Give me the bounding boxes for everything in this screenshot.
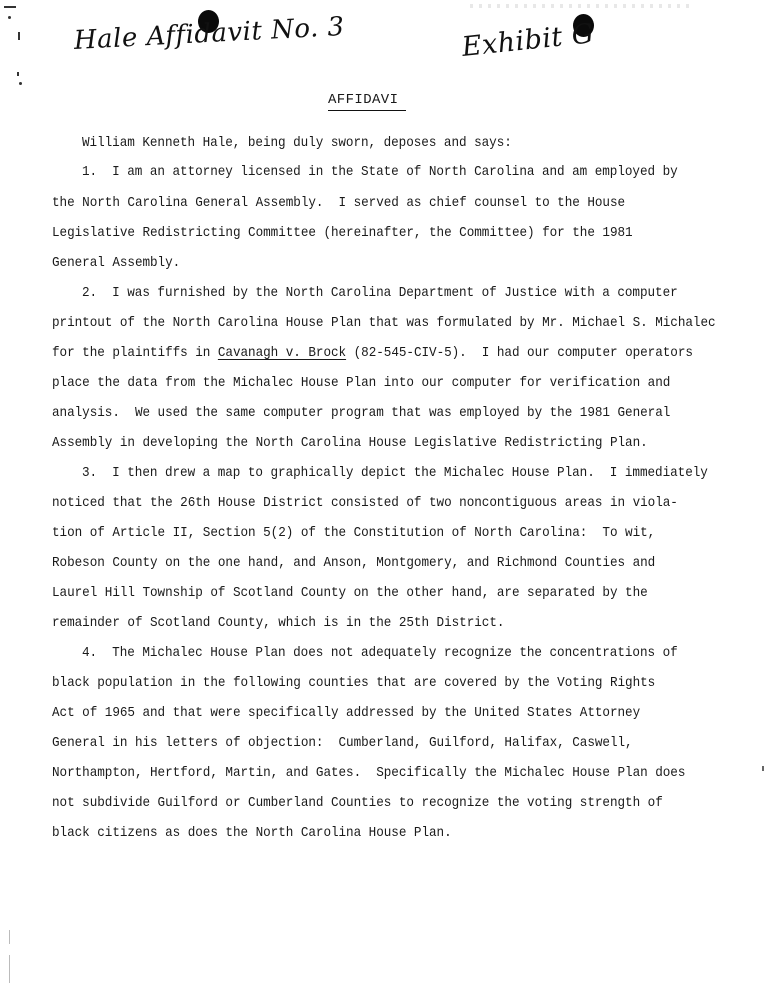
paragraph-number: 4.: [82, 646, 97, 661]
paragraph-1-line: Legislative Redistricting Committee (her…: [52, 226, 633, 241]
document-page: Hale Affidavit No. 3 Exhibit G AFFIDAVI …: [0, 0, 768, 988]
paragraph-text: for the plaintiffs in: [52, 346, 218, 361]
paragraph-2-line: for the plaintiffs in Cavanagh v. Brock …: [52, 346, 693, 361]
paragraph-number: 1.: [82, 165, 97, 180]
paragraph-text: I was furnished by the North Carolina De…: [112, 286, 678, 301]
margin-mark: [4, 6, 16, 8]
intro-line: William Kenneth Hale, being duly sworn, …: [82, 136, 512, 151]
scan-artifact: [470, 4, 690, 8]
paragraph-4-line: Northampton, Hertford, Martin, and Gates…: [52, 766, 685, 781]
handwritten-label-exhibit: Exhibit G: [460, 18, 595, 63]
paragraph-4-line: Act of 1965 and that were specifically a…: [52, 706, 640, 721]
paragraph-3-line: Laurel Hill Township of Scotland County …: [52, 586, 648, 601]
paragraph-number: 2.: [82, 286, 97, 301]
paragraph-text: I then drew a map to graphically depict …: [112, 466, 708, 481]
paragraph-text: The Michalec House Plan does not adequat…: [112, 646, 678, 661]
paragraph-3-line: Robeson County on the one hand, and Anso…: [52, 556, 655, 571]
paragraph-text: I am an attorney licensed in the State o…: [112, 165, 678, 180]
paragraph-2-line: printout of the North Carolina House Pla…: [52, 316, 716, 331]
document-title: AFFIDAVI: [328, 92, 406, 111]
paragraph-2-line: Assembly in developing the North Carolin…: [52, 436, 648, 451]
margin-mark: [8, 16, 11, 19]
paragraph-3-line: noticed that the 26th House District con…: [52, 496, 678, 511]
paragraph-number: 3.: [82, 466, 97, 481]
paragraph-1-first-line: 1. I am an attorney licensed in the Stat…: [82, 165, 678, 180]
paragraph-3-line: remainder of Scotland County, which is i…: [52, 616, 504, 631]
margin-mark: [9, 955, 10, 983]
paragraph-4-line: black population in the following counti…: [52, 676, 655, 691]
paragraph-4-first-line: 4. The Michalec House Plan does not adeq…: [82, 646, 678, 661]
paragraph-1-line: General Assembly.: [52, 256, 180, 271]
case-citation: Cavanagh v. Brock: [218, 346, 346, 361]
margin-mark: [18, 32, 20, 40]
margin-mark: [762, 766, 764, 771]
margin-mark: [19, 82, 22, 85]
handwritten-label-affidavit: Hale Affidavit No. 3: [73, 12, 345, 56]
paragraph-1-line: the North Carolina General Assembly. I s…: [52, 196, 625, 211]
paragraph-2-line: place the data from the Michalec House P…: [52, 376, 670, 391]
paragraph-2-line: analysis. We used the same computer prog…: [52, 406, 670, 421]
paragraph-4-line: General in his letters of objection: Cum…: [52, 736, 633, 751]
paragraph-3-first-line: 3. I then drew a map to graphically depi…: [82, 466, 708, 481]
paragraph-3-line: tion of Article II, Section 5(2) of the …: [52, 526, 655, 541]
paragraph-4-line: not subdivide Guilford or Cumberland Cou…: [52, 796, 663, 811]
paragraph-2-first-line: 2. I was furnished by the North Carolina…: [82, 286, 678, 301]
margin-mark: [17, 72, 19, 76]
margin-mark: [9, 930, 10, 944]
paragraph-4-line: black citizens as does the North Carolin…: [52, 826, 452, 841]
paragraph-text: (82-545-CIV-5). I had our computer opera…: [346, 346, 693, 361]
